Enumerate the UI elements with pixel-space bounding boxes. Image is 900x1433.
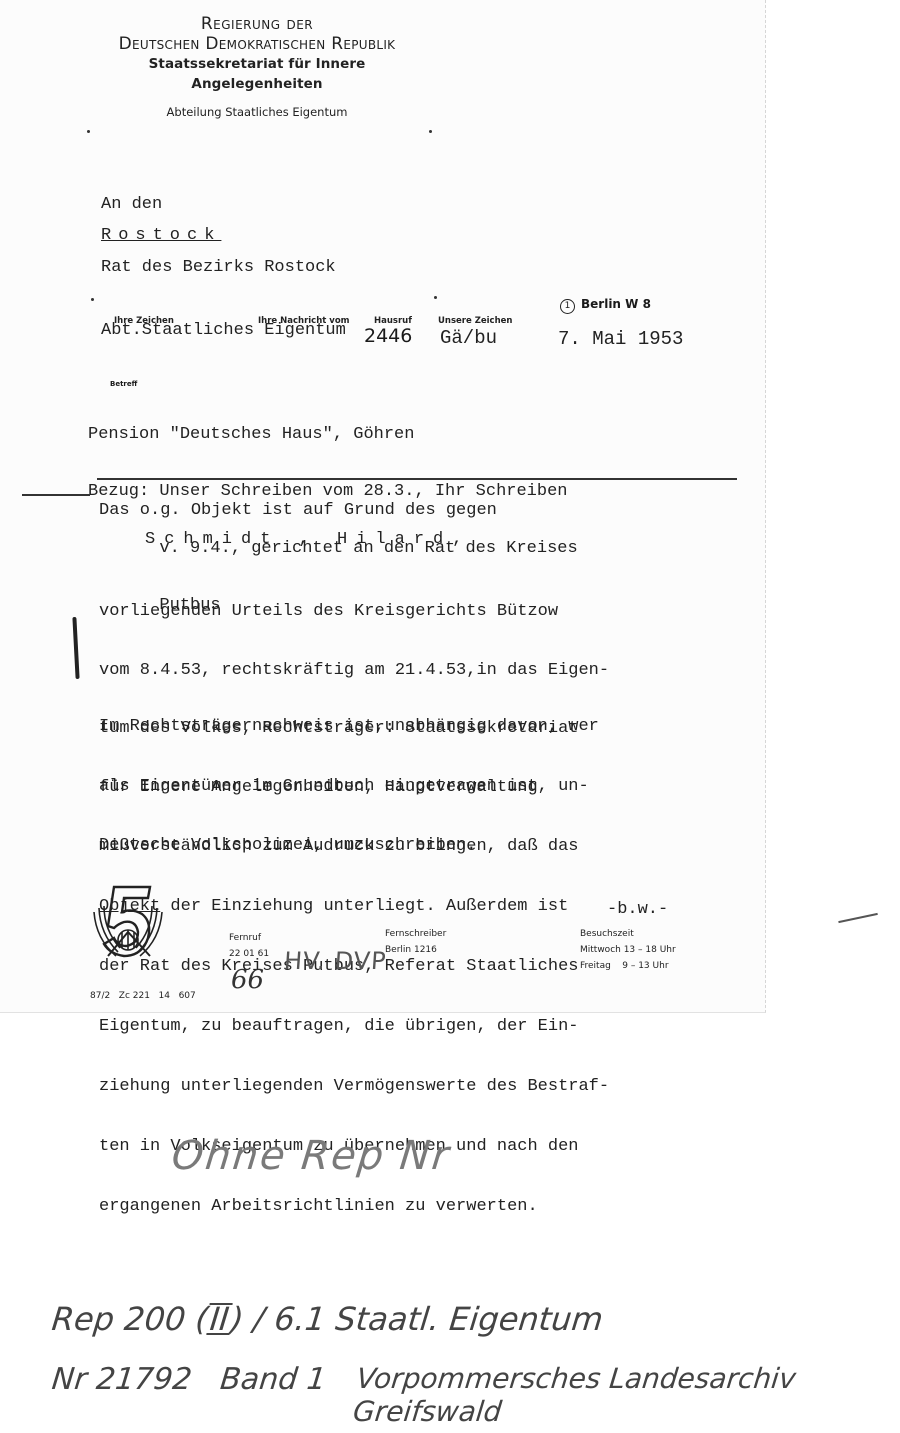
pen-tick-mark <box>838 913 877 923</box>
body-line-rest: der Einziehung unterliegt. Außerdem ist <box>170 897 568 916</box>
label-unsere-zeichen: Unsere Zeichen <box>438 316 512 326</box>
fold-mark <box>87 130 90 133</box>
subject-line: Pension "Deutsches Haus", Göhren <box>88 425 578 444</box>
letterhead: Regierung der Deutschen Demokratischen R… <box>82 14 432 122</box>
body-person-name: Schmidt , Hilard, <box>145 529 471 550</box>
body-line: vorliegenden Urteils des Kreisgerichts B… <box>99 602 609 622</box>
label-ihre-nachricht: Ihre Nachricht vom <box>258 316 350 326</box>
body-line: Eigentum, zu beauftragen, die übrigen, d… <box>99 1017 609 1037</box>
recipient-line: Rat des Bezirks Rostock <box>101 257 346 278</box>
footer-telex: Fernschreiber Berlin 1216 <box>385 926 446 958</box>
letter-date: 7. Mai 1953 <box>558 328 683 350</box>
subject-line: Bezug: Unser Schreiben vom 28.3., Ihr Sc… <box>88 482 578 501</box>
body-intro: Das o.g. Objekt ist auf Grund des gegen <box>99 500 497 521</box>
phone-label: Fernruf <box>229 930 269 946</box>
archive-name: Vorpommersches Landesarchiv Greifswald <box>352 1362 900 1428</box>
fold-mark <box>91 298 94 301</box>
letterhead-country: Deutschen Demokratischen Republik <box>82 34 432 54</box>
handwritten-stamp: HV. DVP <box>283 947 388 975</box>
telex-number: Berlin 1216 <box>385 942 446 958</box>
archive-reference-line-2: Nr 21792 Band 1 <box>50 1362 328 1397</box>
subject-divider <box>97 478 737 480</box>
visiting-hours-line: Mittwoch 13 – 18 Uhr <box>580 942 676 958</box>
visiting-hours-label: Besuchszeit <box>580 926 676 942</box>
body-line: Objekt der Einziehung unterliegt. Außerd… <box>99 897 609 917</box>
handwritten-number: 66 <box>231 965 264 995</box>
fold-mark <box>434 296 437 299</box>
recipient-address: An den Rat des Bezirks Rostock Abt.Staat… <box>101 152 346 362</box>
recipient-line: An den <box>101 194 346 215</box>
archive-reference-line-1: Rep 200 (II) / 6.1 Staatl. Eigentum <box>50 1300 605 1338</box>
letterhead-government: Regierung der <box>82 14 432 34</box>
margin-fold-line <box>22 494 90 496</box>
fold-mark <box>429 130 432 133</box>
body-line: ergangenen Arbeitsrichtlinien zu verwert… <box>99 1197 609 1217</box>
letterhead-department: Abteilung Staatliches Eigentum <box>82 102 432 122</box>
pencil-note: Ohne Rep Nr <box>170 1133 453 1179</box>
label-ihre-zeichen: Ihre Zeichen <box>114 316 174 326</box>
visiting-hours-line: Freitag 9 – 13 Uhr <box>580 958 676 974</box>
footer-visiting-hours: Besuchszeit Mittwoch 13 – 18 Uhr Freitag… <box>580 926 676 974</box>
hausruf-value: 2446 <box>364 325 412 347</box>
footer-phone: Fernruf 22 01 61 <box>229 930 269 962</box>
letterhead-ministry: Staatssekretariat für Innere Angelegenhe… <box>82 54 432 94</box>
archive-rep: Rep 200 ( <box>50 1300 210 1338</box>
print-code: 87/2 Zc 221 14 607 <box>90 988 196 1004</box>
body-line: mißverständlich zum Audruck zu bringen, … <box>99 837 609 857</box>
recipient-city: Rostock <box>101 225 221 246</box>
telex-label: Fernschreiber <box>385 926 446 942</box>
body-line: ziehung unterliegenden Vermögenswerte de… <box>99 1077 609 1097</box>
body-line: Im Rechtsträgernachweis ist,unabhängig d… <box>99 717 609 737</box>
unsere-zeichen-value: Gä/bu <box>440 327 497 349</box>
postal-district-icon: 1 <box>560 299 575 314</box>
sender-place: Berlin W 8 <box>581 297 651 311</box>
body-line: als Eigentümer im Grundbuch eingetragen … <box>99 777 609 797</box>
five-year-plan-emblem-icon <box>86 884 170 964</box>
turn-over-note: -b.w.- <box>607 899 668 920</box>
archive-classification: ) / 6.1 Staatl. Eigentum <box>229 1300 605 1338</box>
phone-number: 22 01 61 <box>229 946 269 962</box>
sender-location: 1Berlin W 8 <box>560 297 651 314</box>
